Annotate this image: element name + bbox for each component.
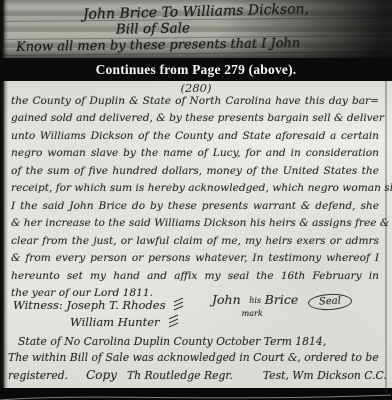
attestation-line-1: State of No Carolina Duplin County Octob… (18, 335, 326, 348)
attestation-line-2: The within Bill of Sale was acknowledged… (8, 351, 379, 364)
flourish-icon (167, 314, 180, 329)
registered-word: registered. (8, 369, 68, 382)
signatory-first-name: John (212, 292, 241, 307)
witness-line-1: Witness: Joseph T. Rhodes (13, 297, 185, 312)
register-signature: Th Routledge Regr. (127, 369, 233, 382)
clerk-signature: Test, Wm Dickson C.C. (263, 369, 387, 382)
deed-body-text: the County of Duplin & State of North Ca… (11, 93, 379, 302)
handwritten-line: I the said John Brice do by these presen… (11, 198, 379, 215)
attestation-line-3: registered. Copy Th Routledge Regr. Test… (8, 368, 388, 382)
witness-name: Witness: Joseph T. Rhodes (13, 298, 165, 312)
continuation-banner-text: Continues from Page 279 (above). (96, 62, 297, 77)
handwritten-line: & from every person or persons whatever,… (11, 250, 379, 267)
scan-artifact-line (0, 391, 392, 400)
witness-name: William Hunter (70, 315, 160, 329)
handwritten-line: receipt, for which sum is hereby acknowl… (11, 180, 379, 197)
signatory-last-name: Brice (265, 292, 299, 307)
scan-bottom-edge (0, 388, 392, 400)
handwritten-line: unto Williams Dickson of the County and … (11, 128, 379, 145)
seal-stamp: Seal (308, 293, 353, 311)
handwritten-line: of the sum of five hundred dollars, mone… (11, 163, 379, 180)
scan-right-edge (385, 81, 387, 388)
handwritten-line: the County of Duplin & State of North Ca… (11, 93, 379, 110)
witness-line-2: William Hunter (70, 314, 180, 329)
handwritten-line: clear from the just, or lawful claim of … (11, 233, 379, 250)
previous-page-strip: John Brice To Williams Dickson, Bill of … (0, 0, 392, 58)
signature-block: JohnhismarkBriceSeal (212, 292, 352, 315)
scanned-document: John Brice To Williams Dickson, Bill of … (0, 0, 392, 400)
handwritten-line: hereunto set my hand and affix my seal t… (11, 268, 379, 285)
document-page-280: (280) the County of Duplin & State of No… (0, 81, 392, 388)
handwritten-line: & her increase to the said Williams Dick… (11, 215, 379, 232)
flourish-icon (172, 297, 185, 312)
handwritten-line: gained sold and delivered, & by these pr… (11, 110, 379, 127)
his-mark: hismark (243, 299, 264, 315)
continuation-banner: Continues from Page 279 (above). (0, 58, 392, 81)
handwritten-line: negro woman slave by the name of Lucy, f… (11, 145, 379, 162)
copy-word: Copy (86, 368, 117, 382)
